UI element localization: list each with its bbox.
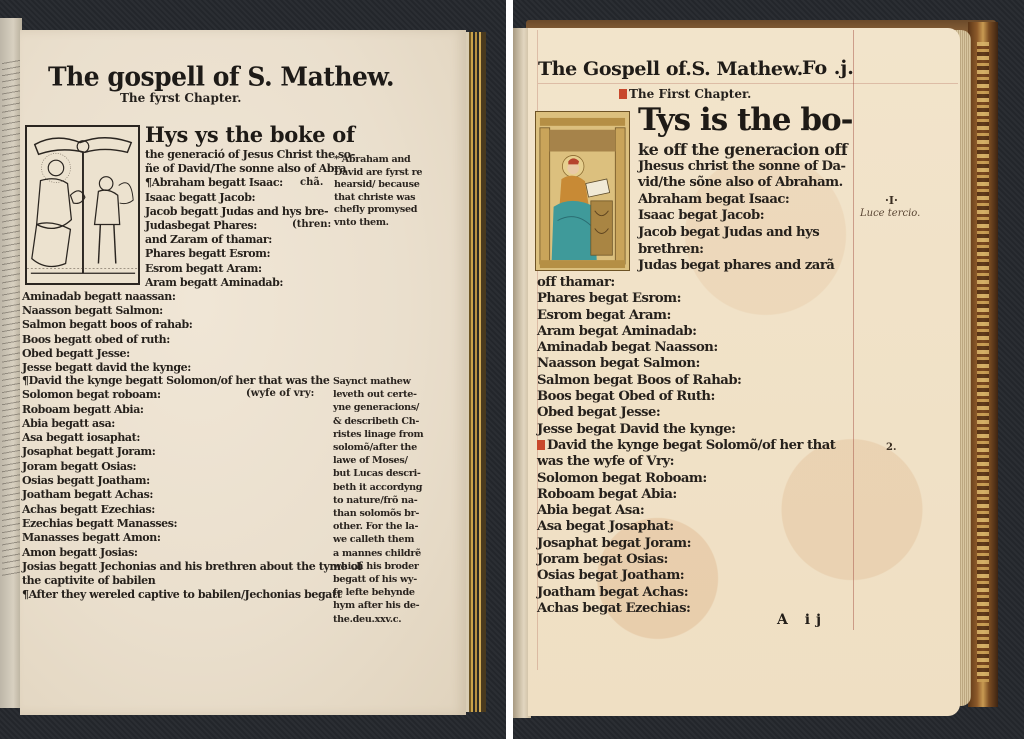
note-line: but Lucas descri- [333,467,423,480]
text-line: Judas begat phares and zarã [638,258,847,275]
text-line: Obed begat Jesse: [537,405,835,421]
note-line: Saynct mathew [333,375,423,388]
text-line: Salmon begat Boos of Rahab: [537,373,835,389]
text-line: Jacob begat Judas and hys [638,225,847,242]
text-line: Salmon begatt boos of rahab: [22,318,192,332]
text-line: Osias begat Joatham: [537,568,835,584]
left-chapter-heading: The fyrst Chapter. [120,91,241,105]
note-line: solomõ/after the [333,441,423,454]
text-line: Joatham begatt Achas: [22,488,362,502]
text-line: Joatham begat Achas: [537,585,835,601]
left-margin-note-abraham: * Abraham and David are fyrst re hearsid… [334,154,422,230]
note-line: other. For the la- [333,520,423,533]
text-line: Asa begatt iosaphat: [22,431,362,445]
right-body-beside-woodcut: ke off the generacion off Jhesus christ … [638,142,847,275]
text-line: and Zaram of thamar: [145,233,355,247]
note-line: the.deu.xxv.c. [333,613,423,626]
text-line: was the wyfe of Vry: [537,454,835,470]
note-line: leveth out certe- [333,388,423,401]
text-line: Naasson begat Salmon: [537,356,835,372]
text-line: Obed begatt Jesse: [22,347,192,361]
left-opening-line: Hys ys the boke of [145,122,355,147]
text-line: Asa begat Josaphat: [537,519,835,535]
note-line: fe lefte behynde [333,586,423,599]
text-line: Osias begatt Joatham: [22,474,362,488]
right-margin-number-2: 2. [886,442,896,453]
text-line: Boos begatt obed of ruth: [22,333,192,347]
note-line: that christe was [334,192,422,205]
text-line: Aminadab begat Naasson: [537,340,835,356]
note-line: beth it accordyng [333,481,423,494]
text-line: Isaac begatt Jacob: [145,191,355,205]
text-line: the generació of Jesus Christ the so- [145,148,355,162]
text-line: Roboam begatt Abia: [22,403,362,417]
note-line: begatt of his wy- [333,573,423,586]
right-book-tooled-leather-cover [968,22,998,707]
rubric-paragraph-mark-icon [619,89,627,99]
text-line: the captivite of babilen [22,574,362,588]
left-fragment-thren: (thren: [292,219,331,230]
text-line: Phares begatt Esrom: [145,247,355,261]
note-line: * Abraham and [334,154,422,167]
text-line: Aram begat Aminadab: [537,324,835,340]
note-line: chefly promysed [334,204,422,217]
text-line: Manasses begatt Amon: [22,531,362,545]
right-chapter-heading: The First Chapter. [619,87,751,101]
text-line: Aminadab begatt naassan: [22,290,192,304]
text-line: Jacob begatt Judas and hys bre- [145,205,355,219]
text-line: Jesse begat David the kynge: [537,422,835,438]
note-line: which his broder [333,560,423,573]
chapter-heading-text: The First Chapter. [629,87,751,101]
right-margin-number-1: ·I· [885,194,898,207]
left-running-head: The gospell of S. Mathew. [48,61,394,91]
left-book-verso-page-edge [0,18,22,708]
note-line: to nature/frõ na- [333,494,423,507]
text-line: Solomon begat Roboam: [537,471,835,487]
right-folio-number: Fo .j. [802,57,854,79]
text-line: off thamar: [537,275,835,291]
text-line: ¶David the kynge begatt Solomon/of her t… [22,374,362,388]
text-line: Joram begatt Osias: [22,460,362,474]
left-photo: The gospell of S. Mathew. The fyrst Chap… [0,0,506,739]
left-body-full-width: Aminadab begatt naassan: Naasson begatt … [22,290,192,375]
text-line-content: David the kynge begat Solomõ/of her that [547,438,835,453]
text-line: Ezechias begatt Manasses: [22,517,362,531]
text-line: Phares begat Esrom: [537,291,835,307]
text-line: Isaac begat Jacob: [638,208,847,225]
left-fragment-cha: chã. [300,177,323,188]
note-line: hearsid/ because [334,179,422,192]
text-line: Jhesus christ the sonne of Da- [638,159,847,176]
text-line: brethren: [638,242,847,259]
note-line: a mannes childrẽ [333,547,423,560]
note-line: vnto them. [334,217,422,230]
text-line: ¶After they wereled captive to babilen/J… [22,588,362,602]
note-line: lawe of Moses/ [333,454,423,467]
left-book-gilt-fore-edge [466,32,486,712]
right-red-ruling-vertical [853,30,854,630]
text-line: vid/the sõne also of Abraham. [638,175,847,192]
text-line: ke off the generacion off [638,142,847,159]
right-red-ruling-horizontal [538,83,958,84]
text-line: ¶Abraham begatt Isaac: [145,176,355,190]
note-line: yne generacions/ [333,401,423,414]
note-line: David are fyrst re [334,167,422,180]
text-line: David the kynge begat Solomõ/of her that [537,438,835,454]
text-line: Josaphat begat Joram: [537,536,835,552]
text-line: Joram begat Osias: [537,552,835,568]
text-line: Roboam begat Abia: [537,487,835,503]
right-manuscript-annotation: Luce tercio. [860,208,920,219]
text-line: Abraham begat Isaac: [638,192,847,209]
text-line: Achas begatt Ezechias: [22,503,362,517]
text-line: Josaphat begatt Joram: [22,445,362,459]
left-fragment-wyfe-of-vry: (wyfe of vry: [246,388,314,399]
text-line: Abia begat Asa: [537,503,835,519]
right-opening-line: Tys is the bo- [638,102,853,138]
right-colored-woodcut-icon [535,111,630,271]
text-line: Esrom begatt Aram: [145,262,355,276]
text-line: Boos begat Obed of Ruth: [537,389,835,405]
left-woodcut-initial-icon [25,125,140,285]
text-line: Esrom begat Aram: [537,308,835,324]
note-line: & describeth Ch- [333,415,423,428]
right-running-head: The Gospell of.S. Mathew. [538,58,803,80]
text-line: Naasson begatt Salmon: [22,304,192,318]
note-line: hym after his de- [333,599,423,612]
text-line: Josias begatt Jechonias and his brethren… [22,560,362,574]
right-body-full-width: off thamar: Phares begat Esrom: Esrom be… [537,275,835,617]
note-line: than solomõs br- [333,507,423,520]
text-line: Aram begatt Aminadab: [145,276,355,290]
text-line: Amon begatt Josias: [22,546,362,560]
left-body-lower: ¶David the kynge begatt Solomon/of her t… [22,374,362,603]
rubric-paragraph-mark-icon [537,440,545,450]
text-line: Abia begatt asa: [22,417,362,431]
note-line: ristes linage from [333,428,423,441]
text-line: ñe of David/The sonne also of Abra [145,162,355,176]
left-margin-note-mathew: Saynct mathew leveth out certe- yne gene… [333,375,423,626]
note-line: we calleth them [333,533,423,546]
right-signature-mark: A ij [777,612,827,628]
